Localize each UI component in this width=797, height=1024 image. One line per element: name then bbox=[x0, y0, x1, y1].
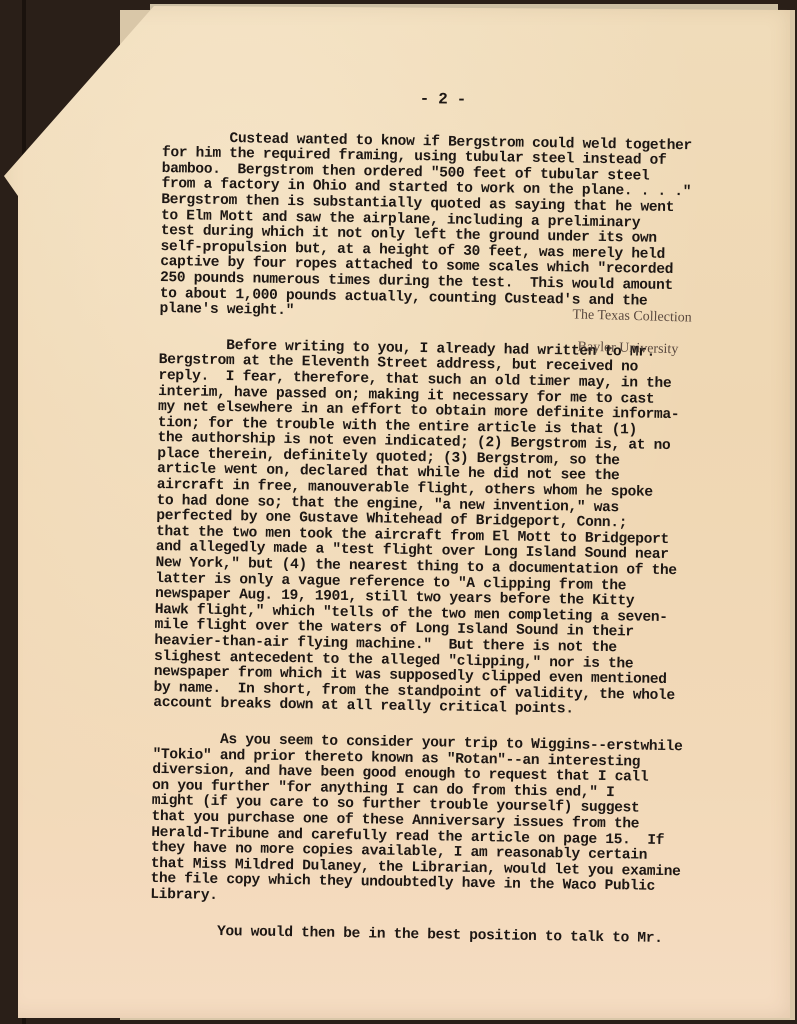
paragraphs-container: Custead wanted to know if Bergstrom coul… bbox=[150, 131, 753, 949]
paragraph: Before writing to you, I already had wri… bbox=[153, 338, 749, 721]
paragraph: You would then be in the best position t… bbox=[150, 923, 740, 948]
stamp-institution-name: Baylor University bbox=[577, 341, 691, 358]
archive-stamp: The Texas Collection Baylor University bbox=[571, 308, 691, 357]
text-line: You would then be in the best position t… bbox=[150, 923, 740, 948]
stamp-collection-name: The Texas Collection bbox=[572, 308, 692, 325]
typewritten-letter-body: - 2 - Custead wanted to know if Bergstro… bbox=[149, 88, 753, 968]
paragraph: Custead wanted to know if Bergstrom coul… bbox=[159, 131, 752, 327]
paragraph: As you seem to consider your trip to Wig… bbox=[150, 732, 743, 913]
